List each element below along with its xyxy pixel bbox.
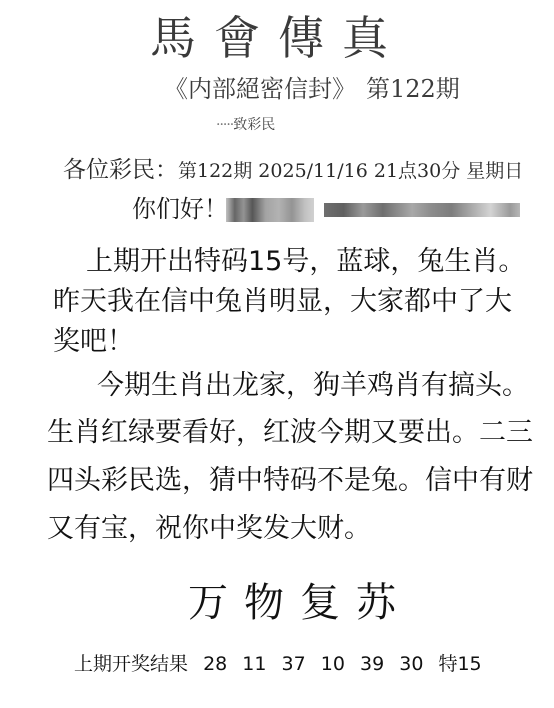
paragraph-2-line: 四头彩民选，猜中特码不是兔。信中有财 xyxy=(47,461,533,501)
dedication-dots: ····· xyxy=(216,117,233,133)
dedication: ·····致彩民 xyxy=(216,116,275,134)
redacted-block xyxy=(226,198,314,222)
subtitle: 《内部絕密信封》第122期 xyxy=(164,74,460,104)
subtitle-name: 《内部絕密信封》 xyxy=(164,75,356,103)
masthead-title: 馬會傳真 xyxy=(150,12,406,64)
special-number: 特15 xyxy=(438,653,481,675)
dedication-text: 致彩民 xyxy=(233,117,275,133)
paragraph-1-line: 奖吧！ xyxy=(53,322,134,362)
result-number: 37 xyxy=(282,653,306,675)
greeting-lead: 各位彩民： xyxy=(63,157,178,183)
hello-text: 你们好！ xyxy=(132,193,228,225)
paragraph-1-line: 昨天我在信中兔肖明显，大家都中了大 xyxy=(53,282,512,322)
previous-results: 上期开奖结果 28 11 37 10 39 30 特15 xyxy=(74,651,482,677)
results-label: 上期开奖结果 xyxy=(74,653,188,675)
result-number: 28 xyxy=(203,653,227,675)
redacted-blur xyxy=(226,198,526,222)
issue-number: 第122期 xyxy=(366,75,460,103)
paragraph-2-line: 今期生肖出龙家，狗羊鸡肖有搞头。 xyxy=(97,366,529,406)
slogan: 万物复苏 xyxy=(188,578,412,628)
paragraph-2-line: 生肖红绿要看好，红波今期又要出。二三 xyxy=(47,413,533,453)
redacted-block xyxy=(324,203,520,217)
greeting-line: 各位彩民：第122期 2025/11/16 21点30分 星期日 xyxy=(63,157,523,184)
paragraph-2-line: 又有宝，祝你中奖发大财。 xyxy=(47,509,371,549)
result-number: 10 xyxy=(321,653,345,675)
result-number: 11 xyxy=(242,653,266,675)
paragraph-1-line: 上期开出特码15号，蓝球，兔生肖。 xyxy=(86,242,525,282)
result-number: 39 xyxy=(360,653,384,675)
greeting-details: 第122期 2025/11/16 21点30分 星期日 xyxy=(178,160,523,182)
result-number: 30 xyxy=(399,653,423,675)
